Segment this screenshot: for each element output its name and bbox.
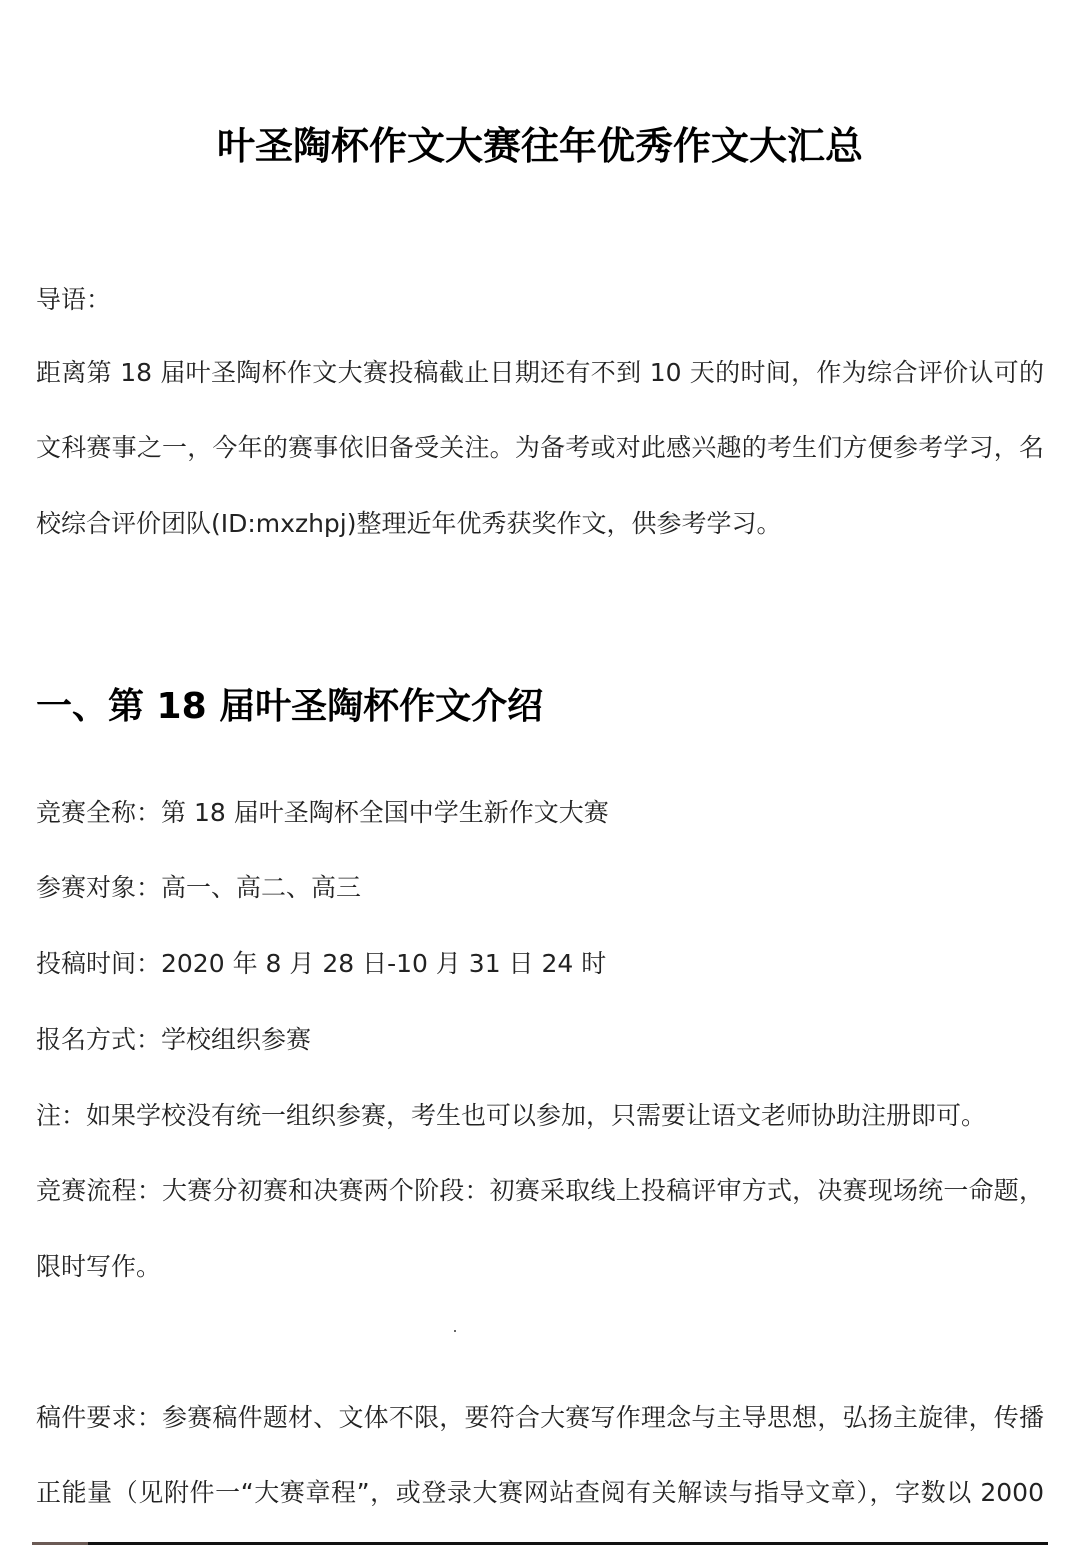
info-note: 注：如果学校没有统一组织参赛，考生也可以参加，只需要让语文老师协助注册即可。 xyxy=(36,1096,986,1136)
intro-line-2: 文科赛事之一，今年的赛事依旧备受关注。为备考或对此感兴趣的考生们方便参考学习，名 xyxy=(36,428,1044,468)
info-requirements-line-1: 稿件要求：参赛稿件题材、文体不限，要符合大赛写作理念与主导思想，弘扬主旋律，传播 xyxy=(36,1398,1044,1438)
intro-line-3: 校综合评价团队(ID:mxzhpj)整理近年优秀获奖作文，供参考学习。 xyxy=(36,504,782,544)
info-process-line-2: 限时写作。 xyxy=(36,1247,161,1287)
info-participants: 参赛对象：高一、高二、高三 xyxy=(36,868,361,908)
info-full-name: 竞赛全称：第 18 届叶圣陶杯全国中学生新作文大赛 xyxy=(36,793,609,833)
info-submission-time: 投稿时间：2020 年 8 月 28 日-10 月 31 日 24 时 xyxy=(36,944,606,984)
intro-line-1: 距离第 18 届叶圣陶杯作文大赛投稿截止日期还有不到 10 天的时间，作为综合评… xyxy=(36,353,1044,393)
section-heading: 一、第 18 届叶圣陶杯作文介绍 xyxy=(36,682,543,732)
info-requirements-line-2: 正能量（见附件一“大赛章程”，或登录大赛网站查阅有关解读与指导文章），字数以 2… xyxy=(36,1473,1044,1513)
scan-speck xyxy=(454,1330,456,1332)
document-title: 叶圣陶杯作文大赛往年优秀作文大汇总 xyxy=(0,118,1080,174)
intro-label: 导语： xyxy=(36,280,111,320)
info-registration: 报名方式：学校组织参赛 xyxy=(36,1020,311,1060)
info-process-line-1: 竞赛流程：大赛分初赛和决赛两个阶段：初赛采取线上投稿评审方式，决赛现场统一命题， xyxy=(36,1171,1044,1211)
